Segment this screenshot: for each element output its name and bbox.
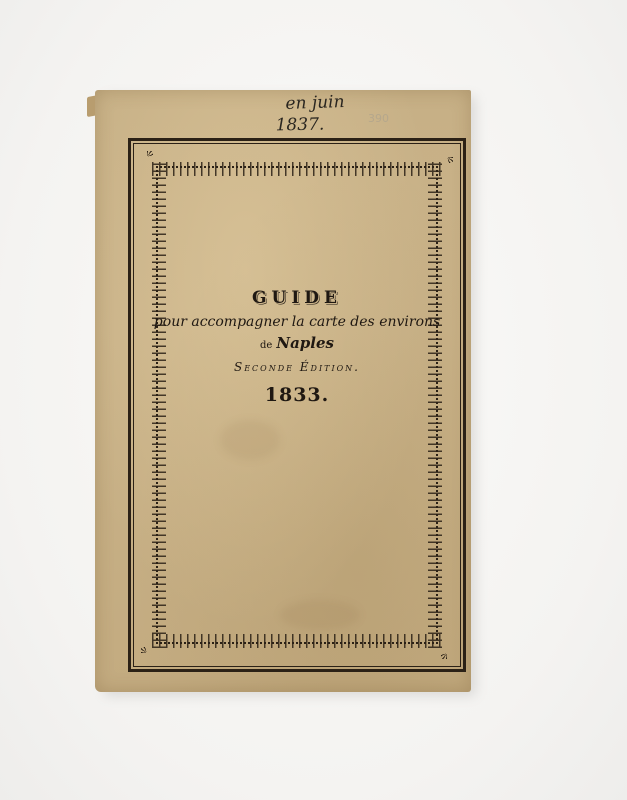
corner-ornament-icon bbox=[141, 151, 153, 163]
cover-year: 1833. bbox=[156, 384, 438, 406]
title-block: GUIDE pour accompagner la carte des envi… bbox=[156, 288, 438, 406]
cover-title: GUIDE bbox=[156, 288, 438, 308]
corner-ornament-icon bbox=[441, 647, 453, 659]
place-prefix: de bbox=[260, 340, 272, 351]
cover-place-line: deNaples bbox=[156, 334, 438, 352]
cover-subtitle: pour accompagner la carte des environs bbox=[132, 314, 462, 330]
pencil-note: 390 bbox=[368, 112, 389, 125]
place-name: Naples bbox=[276, 334, 334, 352]
cover-edition: Seconde Édition. bbox=[156, 360, 438, 374]
corner-ornament-icon bbox=[441, 151, 453, 163]
corner-ornament-icon bbox=[141, 647, 153, 659]
